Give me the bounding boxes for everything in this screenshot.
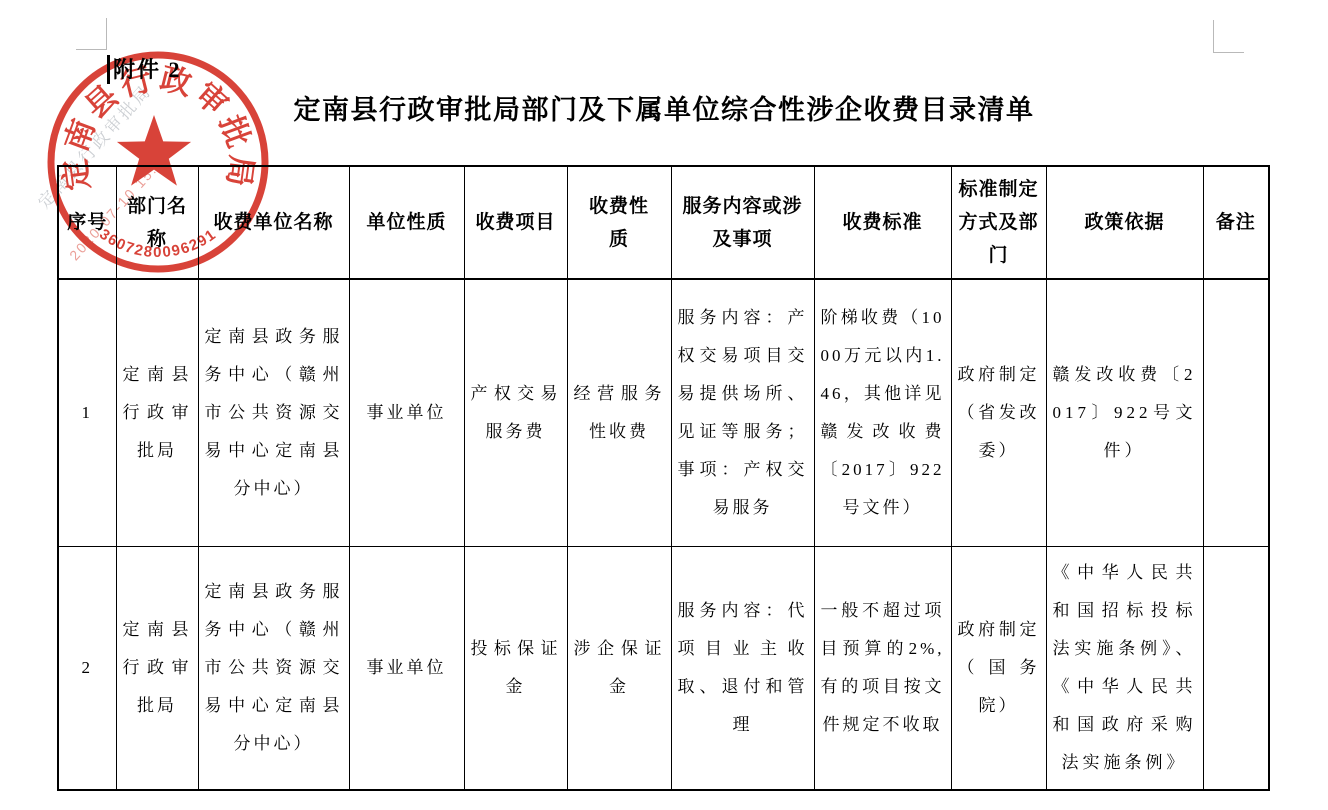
cell-service-content: 服务内容：代项目业主收取、退付和管理 bbox=[671, 546, 814, 790]
cell-unit-name: 定南县政务服务中心（赣州市公共资源交易中心定南县分中心） bbox=[198, 546, 349, 790]
cell-fee-standard: 阶梯收费（1000万元以内1.46，其他详见赣发改收费〔2017〕922号文件） bbox=[814, 279, 951, 546]
header-department: 部门名称 bbox=[116, 166, 198, 279]
header-note: 备注 bbox=[1203, 166, 1269, 279]
crop-mark-top-right-vertical bbox=[1213, 20, 1214, 53]
cell-standard-setter: 政府制定（省发改委） bbox=[951, 279, 1046, 546]
cell-fee-nature: 涉企保证金 bbox=[567, 546, 671, 790]
cell-fee-nature: 经营服务性收费 bbox=[567, 279, 671, 546]
cell-seq: 1 bbox=[58, 279, 116, 546]
cell-fee-item: 投标保证金 bbox=[464, 546, 567, 790]
cell-service-content: 服务内容：产权交易项目交易提供场所、见证等服务；事项：产权交易服务 bbox=[671, 279, 814, 546]
header-seq: 序号 bbox=[58, 166, 116, 279]
crop-mark-top-left-vertical bbox=[106, 18, 107, 50]
header-unit-type: 单位性质 bbox=[349, 166, 464, 279]
document-page[interactable]: 附件 2 定南县行政审批局部门及下属单位综合性涉企收费目录清单 序号 部门名称 … bbox=[0, 0, 1328, 810]
cell-unit-name: 定南县政务服务中心（赣州市公共资源交易中心定南县分中心） bbox=[198, 279, 349, 546]
page-title: 定南县行政审批局部门及下属单位综合性涉企收费目录清单 bbox=[0, 88, 1328, 127]
cell-unit-type: 事业单位 bbox=[349, 546, 464, 790]
cell-note bbox=[1203, 546, 1269, 790]
table-row: 2 定南县行政审批局 定南县政务服务中心（赣州市公共资源交易中心定南县分中心） … bbox=[58, 546, 1269, 790]
cell-fee-item: 产权交易服务费 bbox=[464, 279, 567, 546]
cell-standard-setter: 政府制定（国务院） bbox=[951, 546, 1046, 790]
crop-mark-top-left-horizontal bbox=[76, 49, 107, 50]
header-standard-setter: 标准制定方式及部门 bbox=[951, 166, 1046, 279]
cell-note bbox=[1203, 279, 1269, 546]
header-fee-item: 收费项目 bbox=[464, 166, 567, 279]
cell-unit-type: 事业单位 bbox=[349, 279, 464, 546]
header-fee-standard: 收费标准 bbox=[814, 166, 951, 279]
table-row: 1 定南县行政审批局 定南县政务服务中心（赣州市公共资源交易中心定南县分中心） … bbox=[58, 279, 1269, 546]
crop-mark-top-right-horizontal bbox=[1213, 52, 1244, 53]
cell-fee-standard: 一般不超过项目预算的2%,有的项目按文件规定不收取 bbox=[814, 546, 951, 790]
cell-department: 定南县行政审批局 bbox=[116, 279, 198, 546]
cell-department: 定南县行政审批局 bbox=[116, 546, 198, 790]
text-cursor bbox=[107, 55, 110, 84]
cell-policy-basis: 《中华人民共和国招标投标法实施条例》、《中华人民共和国政府采购法实施条例》 bbox=[1046, 546, 1203, 790]
header-service-content: 服务内容或涉及事项 bbox=[671, 166, 814, 279]
header-policy-basis: 政策依据 bbox=[1046, 166, 1203, 279]
table-header-row: 序号 部门名称 收费单位名称 单位性质 收费项目 收费性质 服务内容或涉及事项 … bbox=[58, 166, 1269, 279]
fee-table: 序号 部门名称 收费单位名称 单位性质 收费项目 收费性质 服务内容或涉及事项 … bbox=[57, 165, 1270, 791]
cell-seq: 2 bbox=[58, 546, 116, 790]
cell-policy-basis: 赣发改收费〔2017〕922号文件） bbox=[1046, 279, 1203, 546]
attachment-label: 附件 2 bbox=[113, 53, 182, 84]
header-unit-name: 收费单位名称 bbox=[198, 166, 349, 279]
header-fee-nature: 收费性质 bbox=[567, 166, 671, 279]
